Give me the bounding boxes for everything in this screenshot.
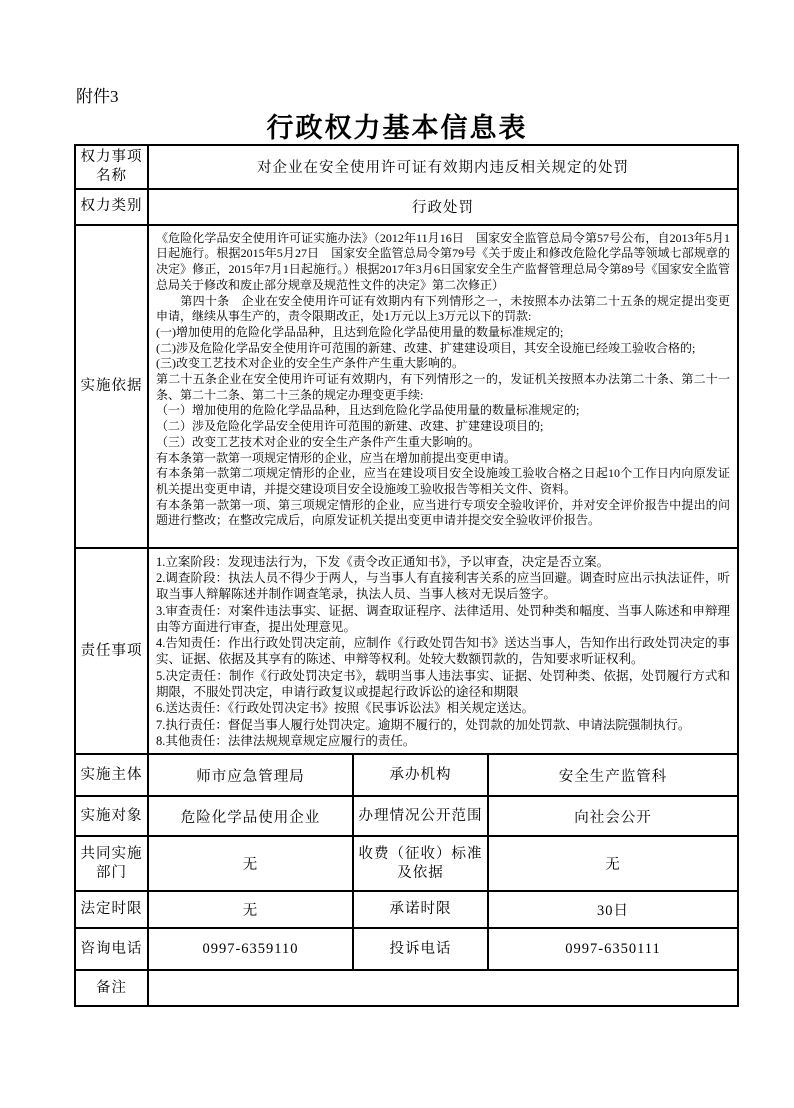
- paragraph: （三）改变工艺技术对企业的安全生产条件产生重大影响的。: [156, 435, 730, 451]
- disclosure-scope-value: 向社会公开: [488, 796, 738, 836]
- promised-time-limit-value: 30日: [488, 891, 738, 928]
- paragraph: 1.立案阶段：发现违法行为，下发《责令改正通知书》，予以审查，决定是否立案。: [156, 554, 730, 570]
- legal-time-limit-value: 无: [148, 891, 353, 928]
- responsibility-items-content: 1.立案阶段：发现违法行为，下发《责令改正通知书》，予以审查，决定是否立案。2.…: [148, 548, 738, 755]
- fee-standard-value: 无: [488, 836, 738, 891]
- row-phones: 咨询电话 0997-6359110 投诉电话 0997-6350111: [75, 928, 738, 970]
- legal-time-limit-label: 法定时限: [75, 891, 148, 928]
- power-item-name-label: 权力事项 名称: [75, 145, 148, 189]
- consultation-phone-value: 0997-6359110: [148, 928, 353, 970]
- paragraph: 有本条第一款第一项、第三项规定情形的企业，应当进行专项安全验收评价，并对安全评价…: [156, 498, 730, 529]
- paragraph: 6.送达责任：《行政处罚决定书》按照《民事诉讼法》相关规定送达。: [156, 700, 730, 716]
- remarks-value: [148, 970, 738, 1006]
- page-title: 行政权力基本信息表: [0, 106, 794, 145]
- fee-standard-label: 收费（征收）标准 及依据: [353, 836, 488, 891]
- paragraph: (二)涉及危险化学品安全使用许可范围的新建、改建、扩建建设项目，其安全设施已经竣…: [156, 341, 730, 357]
- paragraph: （二）涉及危险化学品安全使用许可范围的新建、改建、扩建建设项目的;: [156, 419, 730, 435]
- implementation-target-value: 危险化学品使用企业: [148, 796, 353, 836]
- consultation-phone-label: 咨询电话: [75, 928, 148, 970]
- disclosure-scope-label: 办理情况公开范围: [353, 796, 488, 836]
- paragraph: 3.审查责任：对案件违法事实、证据、调查取证程序、法律适用、处罚种类和幅度、当事…: [156, 603, 730, 636]
- attachment-label: 附件3: [76, 82, 119, 107]
- paragraph: 2.调查阶段：执法人员不得少于两人，与当事人有直接利害关系的应当回避。调查时应出…: [156, 570, 730, 603]
- row-joint-departments: 共同实施 部门 无 收费（征收）标准 及依据 无: [75, 836, 738, 891]
- implementation-basis-label: 实施依据: [75, 225, 148, 548]
- power-category-label: 权力类别: [75, 189, 148, 225]
- paragraph: 4.告知责任：作出行政处罚决定前，应制作《行政处罚告知书》送达当事人，告知作出行…: [156, 635, 730, 668]
- paragraph: 第四十条 企业在安全使用许可证有效期内有下列情形之一，未按照本办法第二十五条的规…: [156, 294, 730, 325]
- row-responsibility-items: 责任事项 1.立案阶段：发现违法行为，下发《责令改正通知书》，予以审查，决定是否…: [75, 548, 738, 755]
- paragraph: (一)增加使用的危险化学品品种，且达到危险化学品使用量的数量标准规定的;: [156, 325, 730, 341]
- implementation-basis-content: 《危险化学品安全使用许可证实施办法》（2012年11月16日 国家安全监管总局令…: [148, 225, 738, 548]
- paragraph: （一）增加使用的危险化学品品种，且达到危险化学品使用量的数量标准规定的;: [156, 403, 730, 419]
- promised-time-limit-label: 承诺时限: [353, 891, 488, 928]
- power-category-value: 行政处罚: [148, 189, 738, 225]
- row-implementation-basis: 实施依据 《危险化学品安全使用许可证实施办法》（2012年11月16日 国家安全…: [75, 225, 738, 548]
- joint-departments-label: 共同实施 部门: [75, 836, 148, 891]
- implementer-value: 师市应急管理局: [148, 754, 353, 796]
- document-page: 附件3 行政权力基本信息表 权力事项 名称 对企业在安全使用许可证有效期内违反相…: [0, 0, 794, 1108]
- power-item-name-value: 对企业在安全使用许可证有效期内违反相关规定的处罚: [148, 145, 738, 189]
- paragraph: 《危险化学品安全使用许可证实施办法》（2012年11月16日 国家安全监管总局令…: [156, 231, 730, 294]
- handling-agency-label: 承办机构: [353, 754, 488, 796]
- implementation-target-label: 实施对象: [75, 796, 148, 836]
- remarks-label: 备注: [75, 970, 148, 1006]
- implementer-label: 实施主体: [75, 754, 148, 796]
- row-remarks: 备注: [75, 970, 738, 1006]
- paragraph: 第二十五条企业在安全使用许可证有效期内，有下列情形之一的，发证机关按照本办法第二…: [156, 372, 730, 403]
- paragraph: 有本条第一款第二项规定情形的企业，应当在建设项目安全设施竣工验收合格之日起10个…: [156, 466, 730, 497]
- complaint-phone-label: 投诉电话: [353, 928, 488, 970]
- row-power-item-name: 权力事项 名称 对企业在安全使用许可证有效期内违反相关规定的处罚: [75, 145, 738, 189]
- info-table: 权力事项 名称 对企业在安全使用许可证有效期内违反相关规定的处罚 权力类别 行政…: [74, 144, 739, 1007]
- row-implementer: 实施主体 师市应急管理局 承办机构 安全生产监管科: [75, 754, 738, 796]
- paragraph: 8.其他责任：法律法规规章规定应履行的责任。: [156, 733, 730, 749]
- row-legal-time-limit: 法定时限 无 承诺时限 30日: [75, 891, 738, 928]
- row-power-category: 权力类别 行政处罚: [75, 189, 738, 225]
- paragraph: 有本条第一款第一项规定情形的企业，应当在增加前提出变更申请。: [156, 451, 730, 467]
- paragraph: (三)改变工艺技术对企业的安全生产条件产生重大影响的。: [156, 356, 730, 372]
- row-implementation-target: 实施对象 危险化学品使用企业 办理情况公开范围 向社会公开: [75, 796, 738, 836]
- joint-departments-value: 无: [148, 836, 353, 891]
- paragraph: 5.决定责任：制作《行政处罚决定书》，载明当事人违法事实、证据、处罚种类、依据，…: [156, 668, 730, 701]
- handling-agency-value: 安全生产监管科: [488, 754, 738, 796]
- paragraph: 7.执行责任：督促当事人履行处罚决定。逾期不履行的，处罚款的加处罚款、申请法院强…: [156, 717, 730, 733]
- complaint-phone-value: 0997-6350111: [488, 928, 738, 970]
- responsibility-items-label: 责任事项: [75, 548, 148, 755]
